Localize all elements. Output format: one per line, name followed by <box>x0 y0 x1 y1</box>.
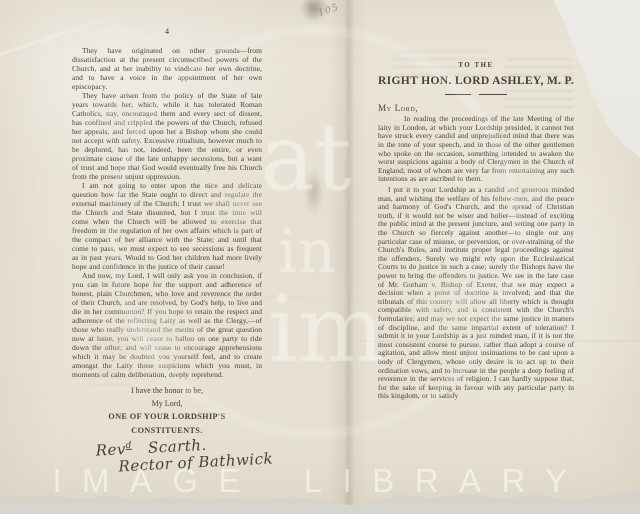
handwritten-signature: RevdScarth. Rector of Bathwick <box>95 432 273 476</box>
paragraph: And now, my Lord, I will only ask you in… <box>72 271 262 379</box>
title-divider <box>445 94 507 95</box>
paragraph: In reading the proceedings of the late M… <box>378 115 574 184</box>
ink-stain <box>305 168 323 216</box>
pamphlet-sheet: 4 They have originated on other grounds—… <box>0 0 640 506</box>
letter-closing: I have the honor to be, My Lord, ONE OF … <box>72 385 262 438</box>
scanned-document: 4 They have originated on other grounds—… <box>0 0 640 514</box>
page-number: 4 <box>72 26 262 36</box>
letter-title: RIGHT HON. LORD ASHLEY, M. P. <box>378 74 574 87</box>
heading-to-the: TO THE <box>378 62 574 69</box>
paragraph: I am not going to enter upon the nice an… <box>72 181 262 271</box>
paragraph: They have arisen from the policy of the … <box>72 91 262 181</box>
centre-fold-shadow <box>328 0 368 506</box>
closing-line: My Lord, <box>72 398 262 411</box>
right-page: TO THE RIGHT HON. LORD ASHLEY, M. P. My … <box>378 62 574 401</box>
paragraph: They have originated on other grounds—fr… <box>72 46 262 91</box>
signature-rev-superscript: d <box>125 441 132 451</box>
paragraph: I put it to your Lordship as a candid an… <box>378 186 574 401</box>
signature-gap <box>132 453 148 454</box>
closing-line: I have the honor to be, <box>72 385 262 398</box>
salutation: My Lord, <box>378 103 574 113</box>
left-page: 4 They have originated on other grounds—… <box>72 26 262 438</box>
